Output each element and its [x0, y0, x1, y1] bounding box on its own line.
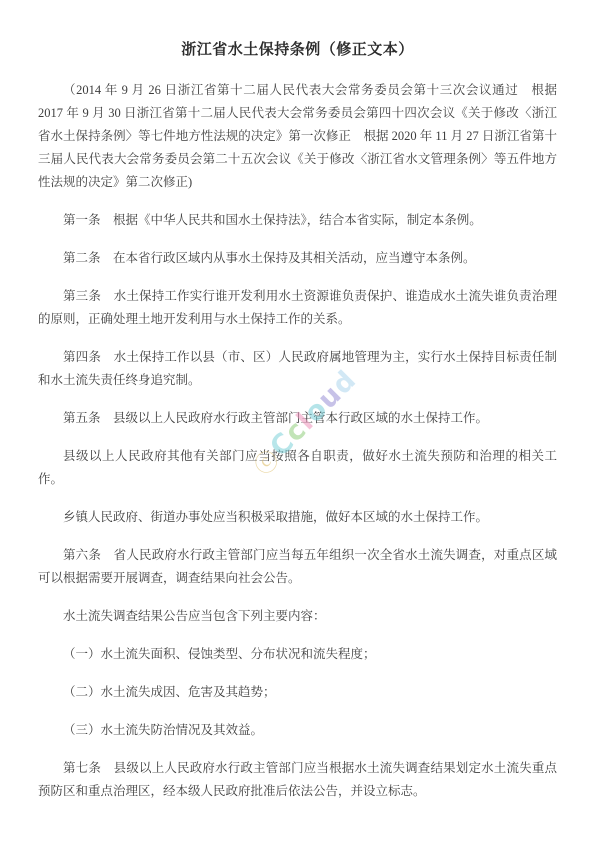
- article-6-item-2-paragraph: （二）水土流失成因、危害及其趋势；: [38, 681, 557, 704]
- article-1-paragraph: 第一条 根据《中华人民共和国水土保持法》，结合本省实际，制定本条例。: [38, 209, 557, 232]
- article-6-item-3-paragraph: （三）水土流失防治情况及其效益。: [38, 719, 557, 742]
- article-5-paragraph: 第五条 县级以上人民政府水行政主管部门主管本行政区域的水土保持工作。: [38, 407, 557, 430]
- article-6-paragraph: 第六条 省人民政府水行政主管部门应当每五年组织一次全省水土流失调查，对重点区域可…: [38, 544, 557, 590]
- document-page: ⓒCcloud 浙江省水土保持条例（修正文本） （2014 年 9 月 26 日…: [0, 0, 595, 841]
- document-title: 浙江省水土保持条例（修正文本）: [38, 38, 557, 59]
- article-2-paragraph: 第二条 在本省行政区域内从事水土保持及其相关活动，应当遵守本条例。: [38, 247, 557, 270]
- preamble-paragraph: （2014 年 9 月 26 日浙江省第十二届人民代表大会常务委员会第十三次会议…: [38, 79, 557, 194]
- article-7-paragraph: 第七条 县级以上人民政府水行政主管部门应当根据水土流失调查结果划定水土流失重点预…: [38, 757, 557, 803]
- article-5-clause-2-paragraph: 县级以上人民政府其他有关部门应当按照各自职责，做好水土流失预防和治理的相关工作。: [38, 445, 557, 491]
- article-6-item-1-paragraph: （一）水土流失面积、侵蚀类型、分布状况和流失程度；: [38, 643, 557, 666]
- article-4-paragraph: 第四条 水土保持工作以县（市、区）人民政府属地管理为主，实行水土保持目标责任制和…: [38, 346, 557, 392]
- article-5-clause-3-paragraph: 乡镇人民政府、街道办事处应当积极采取措施，做好本区域的水土保持工作。: [38, 506, 557, 529]
- article-6-clause-2-paragraph: 水土流失调查结果公告应当包含下列主要内容：: [38, 605, 557, 628]
- article-3-paragraph: 第三条 水土保持工作实行谁开发利用水土资源谁负责保护、谁造成水土流失谁负责治理的…: [38, 285, 557, 331]
